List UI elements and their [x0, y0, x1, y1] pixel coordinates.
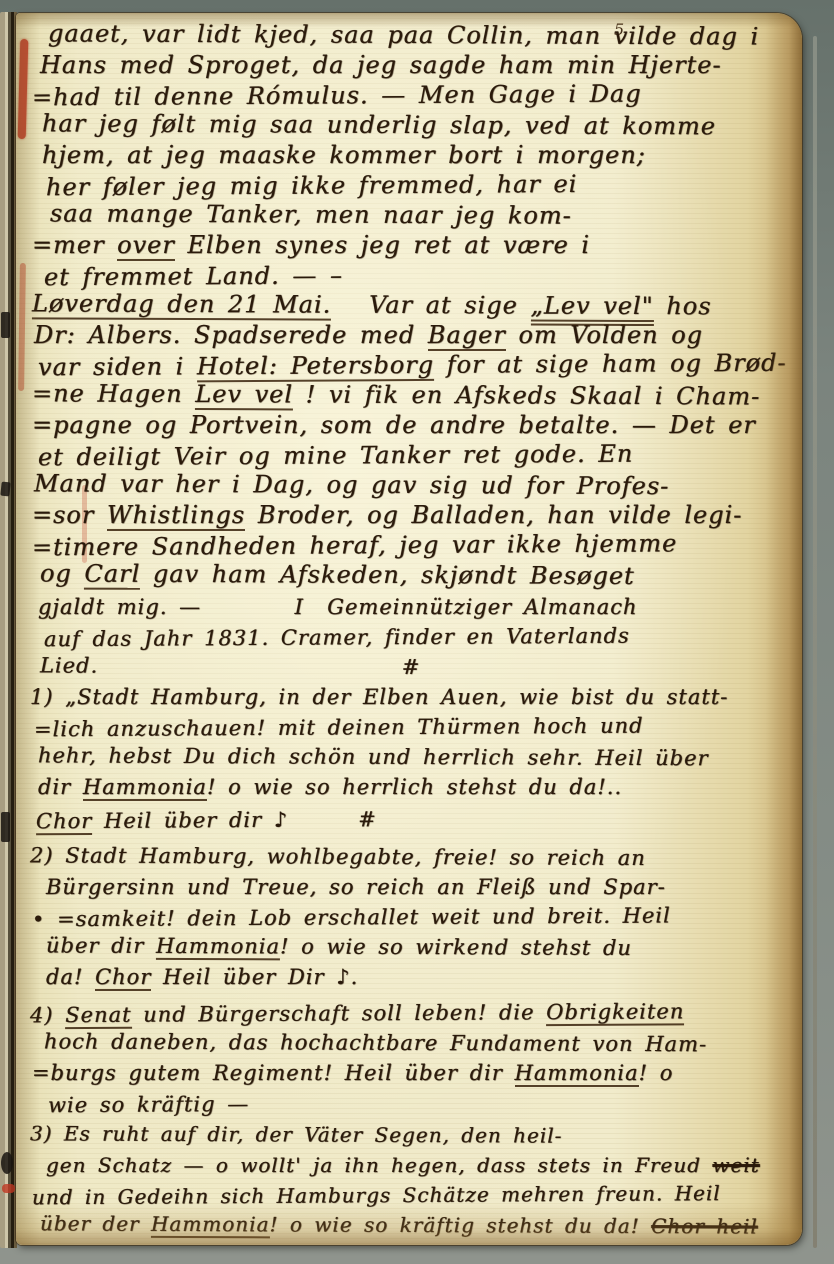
manuscript-line: Lied. #: [30, 650, 796, 683]
word-run: wie so kräftig —: [48, 1092, 249, 1117]
manuscript-line: =timere Sandheden heraf, jeg var ikke hj…: [30, 528, 796, 563]
manuscript-line: gaaet, var lidt kjed, saa paa Collin, ma…: [30, 18, 796, 51]
underlined-word: Whistlings: [107, 501, 245, 531]
word-run: =timere Sandheden heraf, jeg var ikke hj…: [32, 529, 677, 561]
word-run: ! o wie so wirkend stehst du: [280, 934, 632, 960]
word-run: und Bürgerschaft soll leben! die: [131, 1000, 546, 1027]
word-run: Hans med Sproget, da jeg sagde ham min H…: [40, 51, 722, 79]
word-run: Dr: Albers. Spadserede med: [34, 321, 428, 349]
word-run: =sor: [32, 501, 107, 529]
word-run: ! o wie so herrlich stehst du da!..: [207, 775, 622, 799]
word-run: her føler jeg mig ikke fremmed, har ei: [46, 170, 578, 201]
manuscript-line: =burgs gutem Regiment! Heil über dir Ham…: [30, 1058, 796, 1088]
manuscript-line: og Carl gav ham Afskeden, skjøndt Besøge…: [30, 558, 796, 591]
word-run: et deiligt Veir og mine Tanker ret gode.…: [38, 440, 633, 472]
word-run: 4): [30, 1003, 65, 1027]
binding-mark: [1, 312, 10, 338]
word-run: gaaet, var lidt kjed, saa paa Collin, ma…: [48, 19, 759, 50]
word-run: gjaldt mig. — I Gemeinnütziger Almanach: [38, 595, 638, 619]
underlined-word: Hammonia: [83, 775, 207, 801]
underlined-word: Bager: [428, 321, 506, 351]
manuscript-line: =ne Hagen Lev vel ! vi fik en Afskeds Sk…: [30, 378, 796, 411]
manuscript-line: 4) Senat und Bürgerschaft soll leben! di…: [30, 996, 796, 1031]
manuscript-line: var siden i Hotel: Petersborg for at sig…: [30, 348, 796, 383]
underlined-word: Løverdag den 21 Mai.: [32, 289, 331, 320]
manuscript-line: 1) „Stadt Hamburg, in der Elben Auen, wi…: [30, 682, 796, 712]
word-run: 1) „Stadt Hamburg, in der Elben Auen, wi…: [30, 685, 728, 709]
manuscript-line: 2) Stadt Hamburg, wohlbegabte, freie! so…: [30, 840, 796, 873]
scanned-diary-page: { "scan": { "page_number": "5", "colors"…: [0, 0, 834, 1264]
manuscript-line: saa mange Tanker, men naar jeg kom-: [30, 198, 796, 231]
sheet-edge-line: [813, 36, 817, 1248]
word-run: ! o: [639, 1061, 674, 1085]
manuscript-line: et fremmet Land. — –: [30, 258, 796, 293]
manuscript-line: wie so kräftig —: [30, 1086, 796, 1121]
underlined-word: „Lev vel": [530, 292, 653, 327]
word-run: Elben synes jeg ret at være i: [175, 231, 590, 259]
red-margin-mark-bottom: [2, 1184, 15, 1193]
manuscript-lines: gaaet, var lidt kjed, saa paa Collin, ma…: [30, 20, 796, 1240]
manuscript-line: über der Hammonia! o wie so kräftig steh…: [30, 1208, 796, 1241]
book-binding-edge: [0, 12, 17, 1248]
word-run: var siden i: [38, 352, 197, 381]
word-run: über der: [40, 1211, 151, 1235]
manuscript-line: hoch daneben, das hochachtbare Fundament…: [30, 1026, 796, 1059]
word-run: und in Gedeihn sich Hamburgs Schätze meh…: [32, 1181, 721, 1209]
manuscript-line: Løverdag den 21 Mai. Var at sige „Lev ve…: [30, 288, 796, 321]
underlined-word: Carl: [84, 560, 140, 590]
red-margin-mark-top: [18, 39, 29, 139]
word-run: Lied. #: [40, 653, 420, 679]
binding-mark: [1, 812, 10, 842]
manuscript-line: Chor Heil über dir ♪ #: [30, 802, 796, 837]
manuscript-line: Hans med Sproget, da jeg sagde ham min H…: [30, 50, 796, 80]
manuscript-line: =pagne og Portvein, som de andre betalte…: [30, 410, 796, 440]
underlined-word: Senat: [65, 1003, 131, 1029]
underlined-word: Hammonia: [156, 934, 280, 961]
struck-word: weit: [712, 1153, 759, 1177]
word-run: über dir: [46, 933, 156, 957]
word-run: =burgs gutem Regiment! Heil über dir: [32, 1061, 515, 1085]
word-run: hehr, hebst Du dich schön und herrlich s…: [38, 743, 709, 770]
manuscript-line: Bürgersinn und Treue, so reich an Fleiß …: [30, 872, 796, 902]
manuscript-line: Dr: Albers. Spadserede med Bager om Vold…: [30, 320, 796, 350]
word-run: for at sige ham og Brød-: [434, 349, 787, 379]
manuscript-line: dir Hammonia! o wie so herrlich stehst d…: [30, 772, 796, 802]
word-run: =lich anzuschauen! mit deinen Thürmen ho…: [34, 714, 644, 742]
manuscript-line: har jeg følt mig saa underlig slap, ved …: [30, 108, 796, 141]
underlined-word: Obrigkeiten: [546, 999, 684, 1026]
manuscript-line: =sor Whistlings Broder, og Balladen, han…: [30, 500, 796, 530]
word-run: ! vi fik en Afskeds Skaal i Cham-: [293, 380, 760, 410]
word-run: hjem, at jeg maaske kommer bort i morgen…: [42, 141, 646, 169]
word-run: auf das Jahr 1831. Cramer, finder en Vat…: [44, 624, 630, 652]
word-run: =had til denne Rómulus. — Men Gage i Dag: [32, 80, 642, 112]
manuscript-line: Mand var her i Dag, og gav sig ud for Pr…: [30, 468, 796, 501]
manuscript-page: 5 gaaet, var lidt kjed, saa paa Collin, …: [16, 13, 802, 1245]
word-run: et fremmet Land. — –: [44, 261, 343, 291]
manuscript-line: gjaldt mig. — I Gemeinnütziger Almanach: [30, 592, 796, 622]
word-run: gen Schatz — o wollt' ja ihn hegen, dass…: [46, 1153, 712, 1177]
word-run: Broder, og Balladen, han vilde legi-: [245, 501, 742, 529]
manuscript-line: et deiligt Veir og mine Tanker ret gode.…: [30, 438, 796, 473]
manuscript-line: gen Schatz — o wollt' ja ihn hegen, dass…: [30, 1150, 796, 1180]
word-run: Mand var her i Dag, og gav sig ud for Pr…: [34, 469, 669, 500]
manuscript-line: • =samkeit! dein Lob erschallet weit und…: [30, 900, 796, 935]
underlined-word: over: [117, 231, 175, 261]
underlined-word: Chor: [36, 809, 92, 835]
manuscript-line: hehr, hebst Du dich schön und herrlich s…: [30, 740, 796, 773]
word-run: Var at sige: [331, 291, 530, 320]
underlined-word: Hammonia: [151, 1212, 270, 1239]
word-run: dir: [38, 775, 83, 799]
binding-mark: [1, 1152, 13, 1174]
word-run: 2) Stadt Hamburg, wohlbegabte, freie! so…: [30, 843, 646, 870]
manuscript-line: auf das Jahr 1831. Cramer, finder en Vat…: [30, 620, 796, 655]
underlined-word: Hotel: Petersborg: [197, 351, 434, 382]
word-run: =pagne og Portvein, som de andre betalte…: [32, 411, 756, 439]
manuscript-line: hjem, at jeg maaske kommer bort i morgen…: [30, 140, 796, 170]
manuscript-line: =mer over Elben synes jeg ret at være i: [30, 230, 796, 260]
manuscript-line: über dir Hammonia! o wie so wirkend steh…: [30, 930, 796, 963]
word-run: Bürgersinn und Treue, so reich an Fleiß …: [46, 875, 666, 899]
manuscript-line: her føler jeg mig ikke fremmed, har ei: [30, 168, 796, 203]
underlined-word: Lev vel: [195, 380, 293, 410]
word-run: hos: [654, 292, 712, 320]
word-run: Heil über dir ♪ #: [92, 807, 377, 833]
word-run: ! o wie so kräftig stehst du da!: [269, 1212, 651, 1238]
red-margin-mark-middle: [18, 263, 26, 391]
word-run: • =samkeit! dein Lob erschallet weit und…: [32, 903, 671, 931]
word-run: Heil über Dir ♪.: [151, 965, 358, 989]
struck-word: Chor heil: [651, 1214, 758, 1238]
manuscript-line: und in Gedeihn sich Hamburgs Schätze meh…: [30, 1178, 796, 1213]
manuscript-line: =had til denne Rómulus. — Men Gage i Dag: [30, 78, 796, 113]
underlined-word: Hammonia: [515, 1061, 639, 1087]
manuscript-line: 3) Es ruht auf dir, der Väter Segen, den…: [30, 1118, 796, 1151]
binding-mark: [0, 482, 10, 497]
manuscript-line: da! Chor Heil über Dir ♪.: [30, 962, 796, 992]
word-run: saa mange Tanker, men naar jeg kom-: [50, 199, 572, 229]
word-run: hoch daneben, das hochachtbare Fundament…: [44, 1029, 707, 1056]
word-run: =ne Hagen: [32, 379, 195, 408]
underlined-word: Chor: [95, 965, 151, 991]
manuscript-line: =lich anzuschauen! mit deinen Thürmen ho…: [30, 710, 796, 745]
word-run: gav ham Afskeden, skjøndt Besøget: [140, 560, 635, 590]
word-run: har jeg følt mig saa underlig slap, ved …: [42, 109, 716, 140]
word-run: =mer: [32, 231, 117, 259]
word-run: da!: [46, 965, 95, 989]
word-run: og: [40, 559, 85, 587]
word-run: 3) Es ruht auf dir, der Väter Segen, den…: [30, 1121, 563, 1147]
